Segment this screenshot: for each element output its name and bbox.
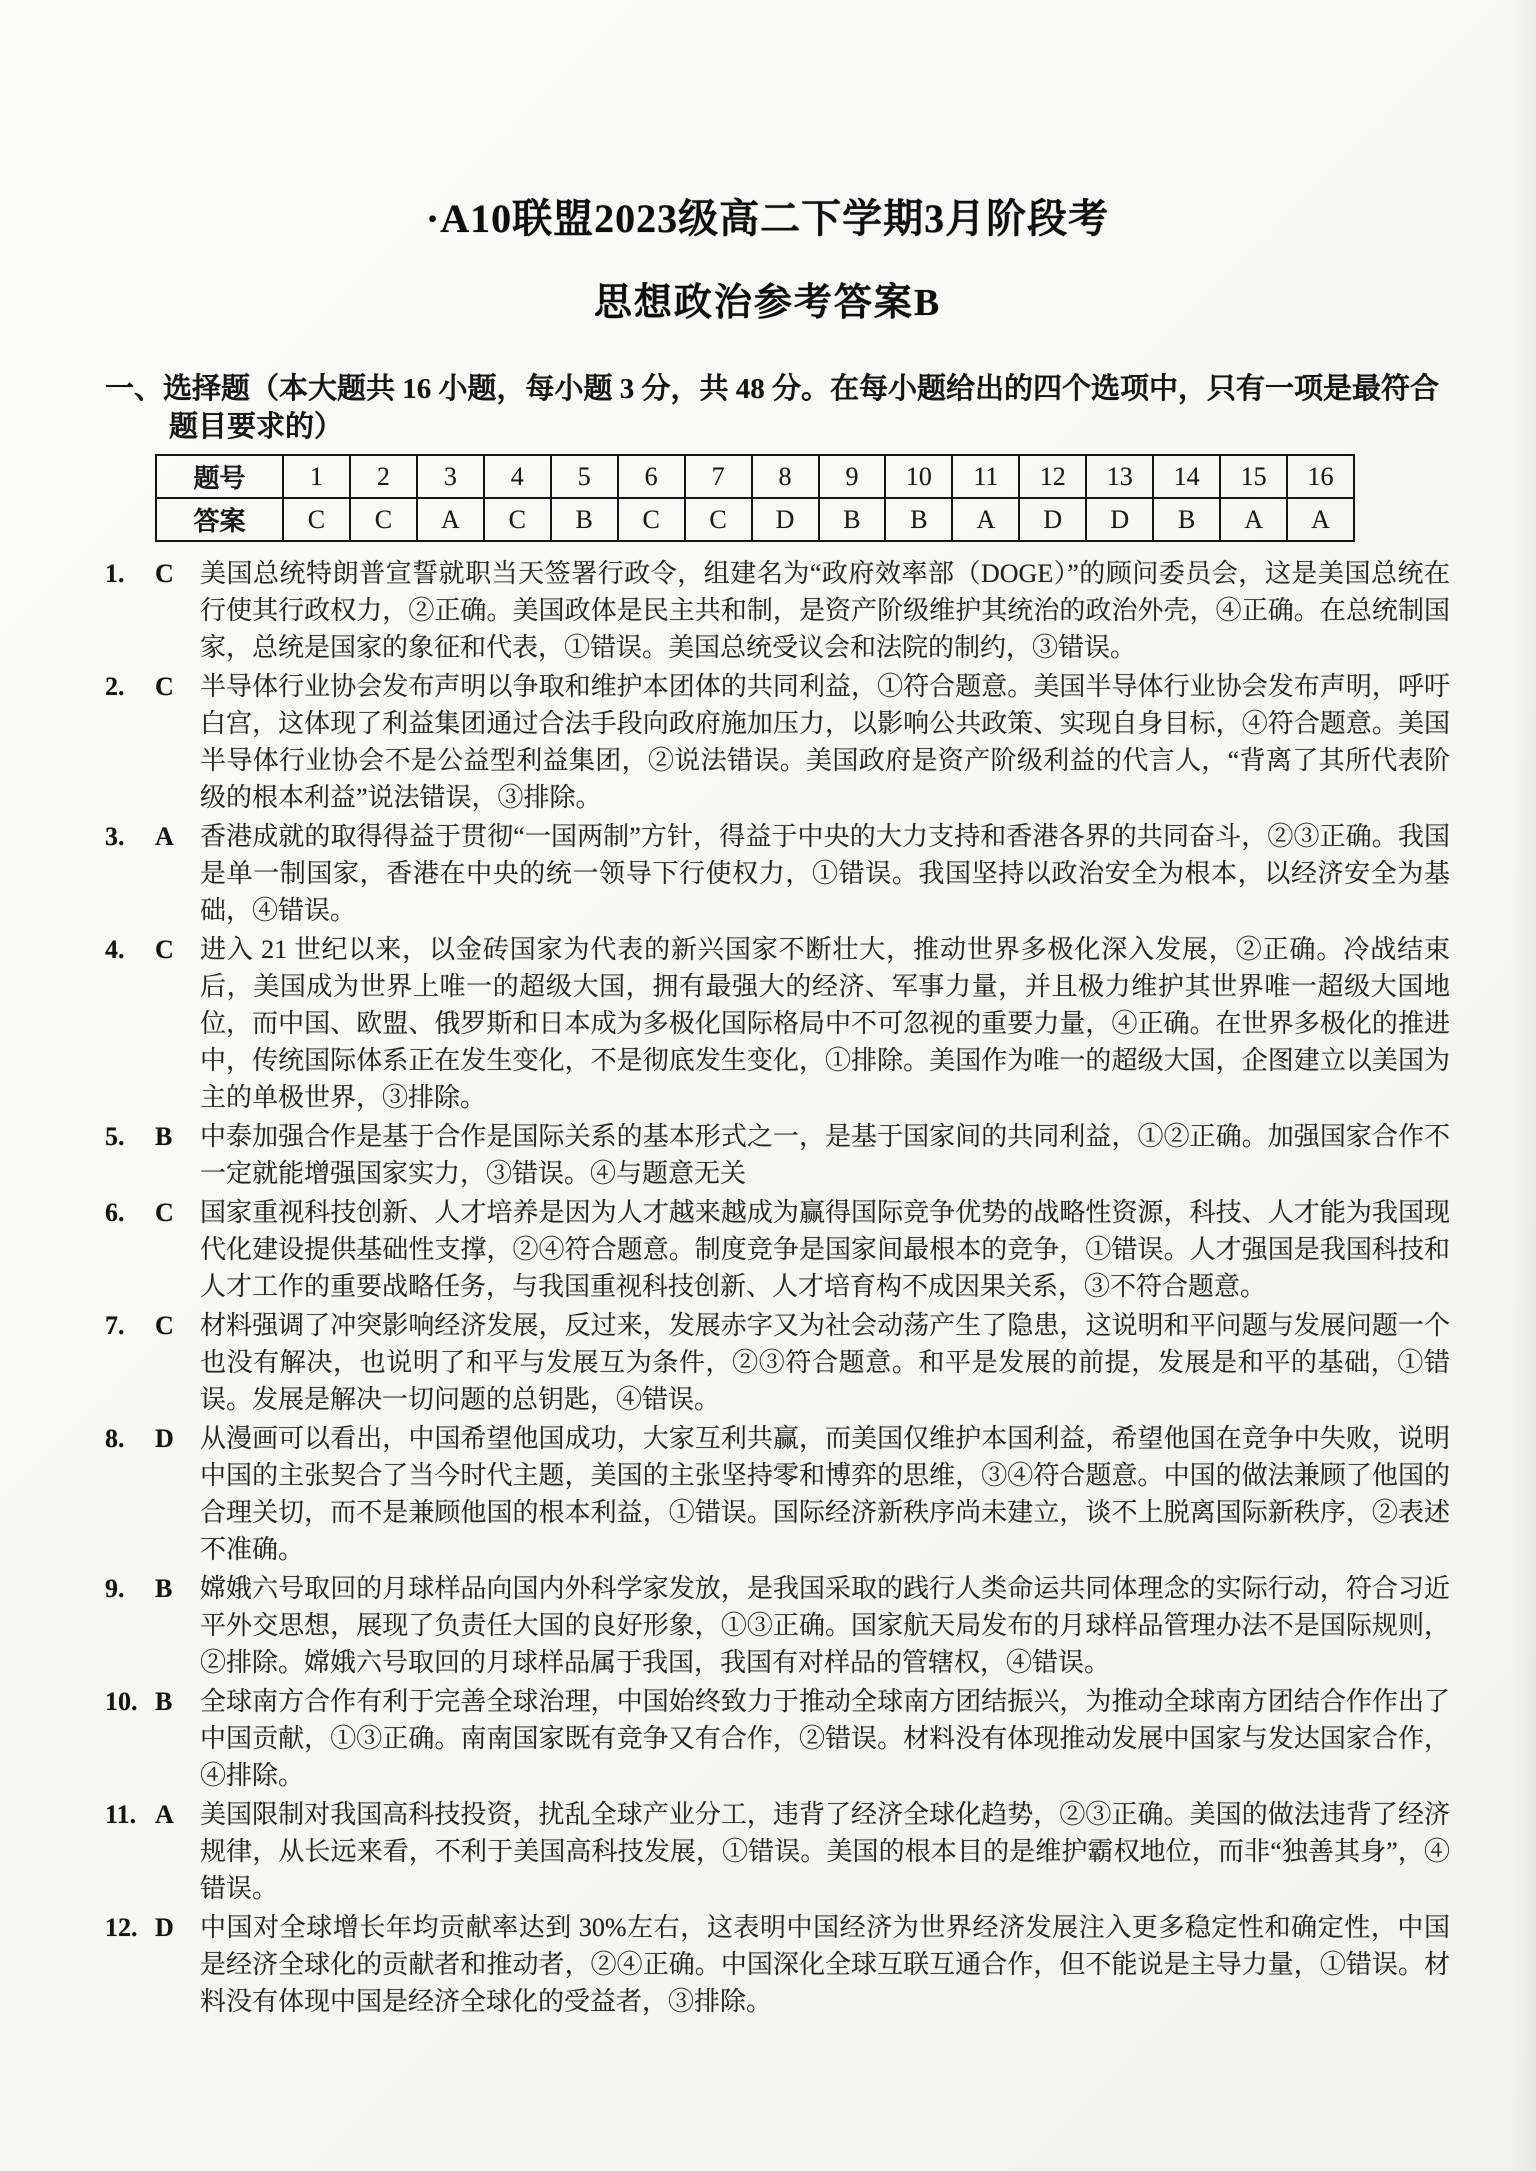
- explanation-text: 半导体行业协会发布声明以争取和维护本团体的共同利益，①符合题意。美国半导体行业协…: [200, 672, 1450, 812]
- explanation-marker: 2.C: [105, 668, 200, 705]
- question-number-row: 题号 12345678910111213141516: [156, 455, 1354, 498]
- question-number: 3.: [105, 818, 155, 855]
- question-number: 1.: [105, 555, 155, 592]
- answer-cell: A: [952, 498, 1019, 541]
- explanation-item: 7.C材料强调了冲突影响经济发展，反过来，发展赤字又为社会动荡产生了隐患，这说明…: [105, 1307, 1450, 1418]
- explanation-text: 美国限制对我国高科技投资，扰乱全球产业分工，违背了经济全球化趋势，②③正确。美国…: [200, 1800, 1450, 1903]
- question-number-cell: 10: [885, 455, 952, 498]
- correct-answer-letter: B: [155, 1118, 172, 1155]
- correct-answer-letter: B: [155, 1683, 172, 1720]
- explanation-text: 从漫画可以看出，中国希望他国成功，大家互利共赢，而美国仅维护本国利益，希望他国在…: [200, 1424, 1450, 1564]
- answer-cell: C: [618, 498, 685, 541]
- explanation-marker: 3.A: [105, 818, 200, 855]
- question-number-cell: 8: [752, 455, 819, 498]
- question-number-cell: 1: [283, 455, 350, 498]
- title-block: ·A10联盟2023级高二下学期3月阶段考 思想政治参考答案B: [105, 195, 1440, 326]
- question-number-cell: 12: [1019, 455, 1086, 498]
- correct-answer-letter: A: [155, 818, 174, 855]
- answer-cell: C: [350, 498, 417, 541]
- exam-answer-sheet-page: ·A10联盟2023级高二下学期3月阶段考 思想政治参考答案B 一、选择题（本大…: [0, 0, 1536, 2171]
- answer-cell: A: [1220, 498, 1287, 541]
- answer-cell: A: [1287, 498, 1354, 541]
- question-number: 7.: [105, 1307, 155, 1344]
- question-number-cell: 5: [551, 455, 618, 498]
- correct-answer-letter: C: [155, 1194, 174, 1231]
- correct-answer-letter: A: [155, 1796, 174, 1833]
- correct-answer-letter: C: [155, 931, 174, 968]
- explanation-item: 10.B全球南方合作有利于完善全球治理，中国始终致力于推动全球南方团结振兴，为推…: [105, 1683, 1450, 1794]
- correct-answer-letter: D: [155, 1420, 174, 1457]
- answer-cell: C: [283, 498, 350, 541]
- question-number: 9.: [105, 1570, 155, 1607]
- question-number: 12.: [105, 1909, 155, 1946]
- answer-cell: D: [1086, 498, 1153, 541]
- explanation-marker: 11.A: [105, 1796, 200, 1833]
- question-number: 6.: [105, 1194, 155, 1231]
- correct-answer-letter: D: [155, 1909, 174, 1946]
- question-number-cell: 15: [1220, 455, 1287, 498]
- explanation-text: 嫦娥六号取回的月球样品向国内外科学家发放，是我国采取的践行人类命运共同体理念的实…: [200, 1574, 1450, 1677]
- question-number: 11.: [105, 1796, 155, 1833]
- question-number: 8.: [105, 1420, 155, 1457]
- explanation-item: 11.A美国限制对我国高科技投资，扰乱全球产业分工，违背了经济全球化趋势，②③正…: [105, 1796, 1450, 1907]
- explanation-text: 国家重视科技创新、人才培养是因为人才越来越成为赢得国际竞争优势的战略性资源，科技…: [200, 1198, 1450, 1301]
- correct-answer-letter: C: [155, 555, 174, 592]
- question-number-cell: 2: [350, 455, 417, 498]
- answer-row: 答案 CCACBCCDBBADDBAA: [156, 498, 1354, 541]
- answer-cell: B: [885, 498, 952, 541]
- answer-cell: C: [685, 498, 752, 541]
- explanation-marker: 8.D: [105, 1420, 200, 1457]
- answer-cell: A: [417, 498, 484, 541]
- explanation-item: 4.C进入 21 世纪以来，以金砖国家为代表的新兴国家不断壮大，推动世界多极化深…: [105, 931, 1450, 1116]
- explanation-item: 5.B中泰加强合作是基于合作是国际关系的基本形式之一，是基于国家间的共同利益，①…: [105, 1118, 1450, 1192]
- section-heading: 一、选择题（本大题共 16 小题，每小题 3 分，共 48 分。在每小题给出的四…: [105, 370, 1445, 446]
- explanations-list: 1.C美国总统特朗普宣誓就职当天签署行政令，组建名为“政府效率部（DOGE）”的…: [105, 555, 1450, 2020]
- explanation-text: 美国总统特朗普宣誓就职当天签署行政令，组建名为“政府效率部（DOGE）”的顾问委…: [200, 559, 1450, 662]
- question-number: 2.: [105, 668, 155, 705]
- question-number-cell: 14: [1153, 455, 1220, 498]
- question-number-cell: 11: [952, 455, 1019, 498]
- explanation-marker: 10.B: [105, 1683, 200, 1720]
- page-subtitle: 思想政治参考答案B: [105, 280, 1430, 326]
- explanation-marker: 5.B: [105, 1118, 200, 1155]
- answer-cell: B: [1153, 498, 1220, 541]
- explanation-text: 中泰加强合作是基于合作是国际关系的基本形式之一，是基于国家间的共同利益，①②正确…: [200, 1122, 1450, 1188]
- explanation-item: 6.C国家重视科技创新、人才培养是因为人才越来越成为赢得国际竞争优势的战略性资源…: [105, 1194, 1450, 1305]
- question-number: 5.: [105, 1118, 155, 1155]
- question-number-cell: 4: [484, 455, 551, 498]
- explanation-marker: 1.C: [105, 555, 200, 592]
- correct-answer-letter: C: [155, 668, 174, 705]
- explanation-item: 8.D从漫画可以看出，中国希望他国成功，大家互利共赢，而美国仅维护本国利益，希望…: [105, 1420, 1450, 1568]
- explanation-text: 全球南方合作有利于完善全球治理，中国始终致力于推动全球南方团结振兴，为推动全球南…: [200, 1687, 1450, 1790]
- answer-cell: B: [819, 498, 886, 541]
- explanation-marker: 9.B: [105, 1570, 200, 1607]
- answer-cell: B: [551, 498, 618, 541]
- question-number: 4.: [105, 931, 155, 968]
- answer-cell: D: [752, 498, 819, 541]
- explanation-marker: 7.C: [105, 1307, 200, 1344]
- answer-header: 答案: [156, 498, 283, 541]
- answer-cell: D: [1019, 498, 1086, 541]
- explanation-item: 12.D中国对全球增长年均贡献率达到 30%左右，这表明中国经济为世界经济发展注…: [105, 1909, 1450, 2020]
- page-title: ·A10联盟2023级高二下学期3月阶段考: [105, 195, 1430, 243]
- question-number-cell: 7: [685, 455, 752, 498]
- explanation-marker: 4.C: [105, 931, 200, 968]
- explanation-item: 9.B嫦娥六号取回的月球样品向国内外科学家发放，是我国采取的践行人类命运共同体理…: [105, 1570, 1450, 1681]
- question-number-cell: 3: [417, 455, 484, 498]
- question-number-cell: 9: [819, 455, 886, 498]
- question-number: 10.: [105, 1683, 155, 1720]
- explanation-text: 材料强调了冲突影响经济发展，反过来，发展赤字又为社会动荡产生了隐患，这说明和平问…: [200, 1311, 1450, 1414]
- question-number-header: 题号: [156, 455, 283, 498]
- explanation-marker: 6.C: [105, 1194, 200, 1231]
- explanation-text: 香港成就的取得得益于贯彻“一国两制”方针，得益于中央的大力支持和香港各界的共同奋…: [200, 822, 1450, 925]
- answer-cell: C: [484, 498, 551, 541]
- question-number-cell: 6: [618, 455, 685, 498]
- answer-table: 题号 12345678910111213141516 答案 CCACBCCDBB…: [155, 454, 1355, 542]
- explanation-marker: 12.D: [105, 1909, 200, 1946]
- explanation-item: 3.A香港成就的取得得益于贯彻“一国两制”方针，得益于中央的大力支持和香港各界的…: [105, 818, 1450, 929]
- explanation-text: 进入 21 世纪以来，以金砖国家为代表的新兴国家不断壮大，推动世界多极化深入发展…: [200, 935, 1450, 1112]
- correct-answer-letter: C: [155, 1307, 174, 1344]
- explanation-item: 2.C半导体行业协会发布声明以争取和维护本团体的共同利益，①符合题意。美国半导体…: [105, 668, 1450, 816]
- question-number-cell: 13: [1086, 455, 1153, 498]
- explanation-text: 中国对全球增长年均贡献率达到 30%左右，这表明中国经济为世界经济发展注入更多稳…: [200, 1913, 1450, 2016]
- correct-answer-letter: B: [155, 1570, 172, 1607]
- question-number-cell: 16: [1287, 455, 1354, 498]
- explanation-item: 1.C美国总统特朗普宣誓就职当天签署行政令，组建名为“政府效率部（DOGE）”的…: [105, 555, 1450, 666]
